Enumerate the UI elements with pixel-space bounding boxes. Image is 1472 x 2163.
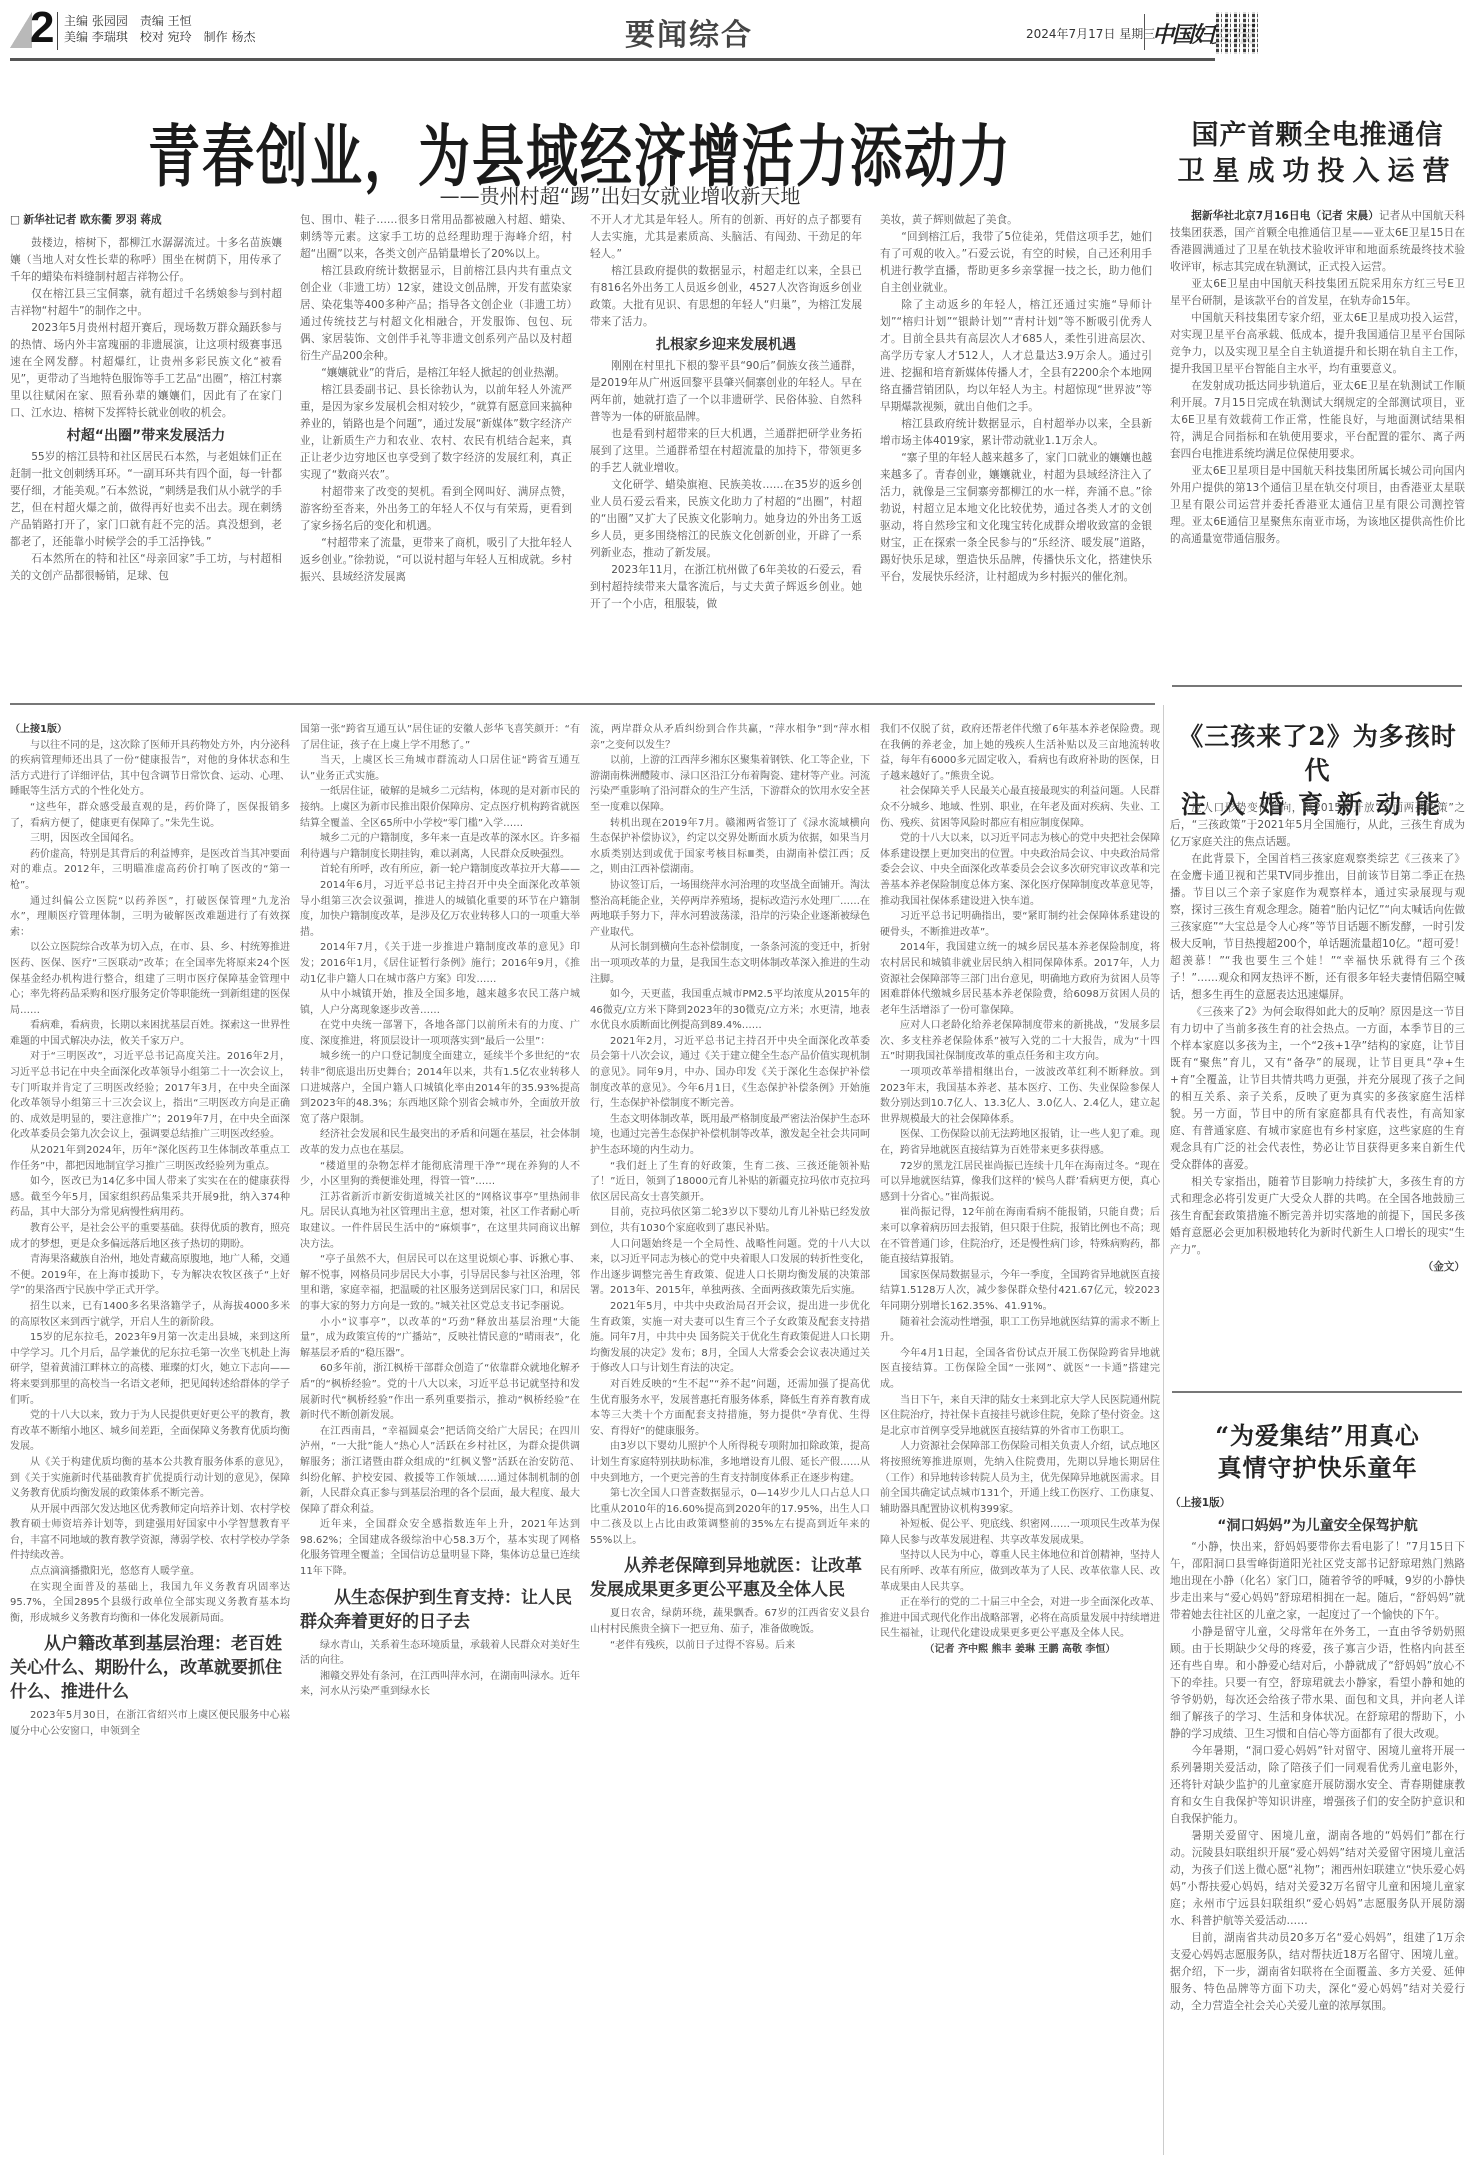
paragraph: 目前，克拉玛依区第二轮3岁以下婴幼儿育儿补贴已经发放到位，共有1030个家庭收到… (590, 1205, 870, 1236)
subheading: 扎根家乡迎来发展机遇 (590, 337, 862, 354)
paragraph: “孃孃就业”的背后，是榕江年轻人掀起的创业热潮。 (300, 365, 572, 382)
section-divider (1172, 1391, 1462, 1393)
paragraph: 今年4月1日起，全国各省份试点开展工伤保险跨省异地就医直接结算。工伤保险全国“一… (880, 1346, 1160, 1393)
paragraph: 暑期关爱留守、困境儿童，湖南各地的“妈妈们”都在行动。沅陵县妇联组织开展“爱心妈… (1170, 1828, 1465, 1930)
paragraph: 榕江县政府统计数据显示，目前榕江县内共有重点文创企业（非遗工坊）12家，建设文创… (300, 263, 572, 365)
reform-col-1: （上接1版） 与以往不同的是，这次除了医师开具药物处方外，内分泌科的疾病管理师还… (10, 722, 290, 2162)
credit: 制作 杨杰 (204, 30, 256, 44)
credit: 校对 宛玲 (140, 30, 192, 44)
section-divider (10, 703, 1155, 705)
paragraph: 对百姓反映的“生不起”“养不起”问题，还需加强了提高优生优育服务水平，发展普惠托… (590, 1377, 870, 1439)
paragraph: “楼道里的杂物怎样才能彻底清理干净”“现在养狗的人不少，小区里狗的粪便谁处理，得… (300, 1159, 580, 1190)
paragraph: 以公立医院综合改革为切入点，在市、县、乡、村统筹推进医药、医保、医疗“三医联动”… (10, 940, 290, 1018)
page-number: 2 (30, 6, 54, 50)
paragraph: 人力资源社会保障部工伤保险司相关负责人介绍，试点地区将按照统筹推进原则，先纳入住… (880, 1439, 1160, 1517)
paragraph: 国第一张“跨省互通互认”居住证的安徽人彭华飞喜笑颜开：“有了居住证，孩子在上虞上… (300, 722, 580, 753)
continued-label: （上接1版） (1170, 1495, 1465, 1512)
paragraph: 党的十八大以来，致力于为人民提供更好更公平的教育，教育改革不断缩小地区、城乡间差… (10, 1408, 290, 1455)
paragraph: 与以往不同的是，这次除了医师开具药物处方外，内分泌科的疾病管理师还出具了一份“健… (10, 738, 290, 800)
continued-label: （上接1版） (10, 722, 290, 738)
divider (1144, 14, 1145, 50)
paragraph: 2014年7月，《关于进一步推进户籍制度改革的意见》印发；2016年1月，《居住… (300, 940, 580, 987)
paragraph: “村超带来了流量，更带来了商机，吸引了大批年轻人返乡创业。”徐勃说，“可以说村超… (300, 535, 572, 586)
paragraph: 2023年11月，在浙江杭州做了6年美妆的石爱云，看到村超持续带来大量客流后，与… (590, 562, 862, 613)
paragraph: 教育公平，是社会公平的重要基础。获得优质的教育，照亮成才的梦想，更是众多偏远落后… (10, 1221, 290, 1252)
paragraph: 55岁的榕江县特和社区居民石本然，与老姐妹们正在赶制一批文创刺绣耳环。“一副耳环… (10, 449, 282, 551)
paragraph: 城乡统一的户口登记制度全面建立，延续半个多世纪的“农转非”彻底退出历史舞台；20… (300, 1049, 580, 1127)
subheading: 从户籍改革到基层治理：老百姓关心什么、期盼什么，改革就要抓住什么、推进什么 (10, 1632, 290, 1704)
paragraph: 相关专家指出，随着节目影响力持续扩大，多孩生育的方式和理念必将引发更广大受众人群… (1170, 1174, 1465, 1259)
paragraph: 人口问题始终是一个全局性、战略性问题。党的十八大以来，以习近平同志为核心的党中央… (590, 1237, 870, 1299)
paragraph: 在实现全面普及的基础上，我国九年义务教育巩固率达95.7%，全国2895个县级行… (10, 1580, 290, 1627)
subheading: 从生态保护到生育支持：让人民群众奔着更好的日子去 (300, 1586, 580, 1634)
subheading: 从养老保障到异地就医：让改革发展成果更多更公平惠及全体人民 (590, 1554, 870, 1602)
paragraph: 亚太6E卫星由中国航天科技集团五院采用东方红三号E卫星平台研制，是该款平台的首发… (1170, 276, 1465, 310)
paragraph: 从开展中西部欠发达地区优秀教师定向培养计划、农村学校教育硕士师资培养计划等，到建… (10, 1502, 290, 1564)
paragraph: 党的十八大以来，以习近平同志为核心的党中央把社会保障体系建设摆上更加突出的位置。… (880, 831, 1160, 909)
paragraph: 刚刚在村里扎下根的黎平县“90后”侗族女孩兰通群，是2019年从广州返回黎平县肇… (590, 358, 862, 426)
paragraph: 习近平总书记明确指出，要“紧盯制约社会保障体系建设的硬骨头，不断推进改革”。 (880, 909, 1160, 940)
paragraph: 也是看到村超带来的巨大机遇，兰通群把研学业务拓展到了这里。兰通群希望在村超流量的… (590, 426, 862, 477)
paragraph: 榕江县委副书记、县长徐勃认为，以前年轻人外流严重，是因为家乡发展机会相对较少，“… (300, 382, 572, 484)
paragraph: 石本然所在的特和社区“母亲回家”手工坊，与村超相关的文创产品都很畅销，足球、包 (10, 551, 282, 585)
paragraph: 近年来，全国群众安全感指数连年上升，2021年达到98.62%；全国建成各级综治… (300, 1517, 580, 1579)
credit: 主编 张园园 (64, 14, 128, 28)
paragraph: 一项项改革举措相继出台，一波波改革红利不断释放。到2023年末，我国基本养老、基… (880, 1065, 1160, 1127)
paragraph: 在此背景下，全国首档三孩家庭观察类综艺《三孩来了》在金鹰卡通卫视和芒果TV同步推… (1170, 851, 1465, 1004)
headline-line: 真情守护快乐童年 (1170, 1452, 1465, 1484)
paragraph: 湘赣交界处有条河，在江西叫萍水河，在湖南叫渌水。近年来，河水从污染严重到绿水长 (300, 1669, 580, 1700)
paragraph: 对于“三明医改”，习近平总书记高度关注。2016年2月，习近平总书记在中央全面深… (10, 1049, 290, 1143)
paragraph: 社会保障关乎人民最关心最直接最现实的利益问题。人民群众不分城乡、地域、性别、职业… (880, 784, 1160, 831)
headline-line: 《三孩来了2》为多孩时代 (1170, 720, 1465, 788)
editor-credits: 主编 张园园责编 王恒 美编 李瑞琪校对 宛玲制作 杨杰 (64, 13, 267, 45)
paragraph: 城乡二元的户籍制度，多年来一直是改革的深水区。许多福利待遇与户籍制度长期挂钩，难… (300, 831, 580, 862)
credit: 美编 李瑞琪 (64, 30, 128, 44)
subheading: 村超“出圈”带来发展活力 (10, 428, 282, 445)
paragraph: 由3岁以下婴幼儿照护个人所得税专项附加扣除政策，提高计划生育家庭特别扶助标准，多… (590, 1439, 870, 1486)
paragraph: 看病难，看病贵，长期以来困扰基层百姓。探索这一世界性难题的中国式解决办法，攸关千… (10, 1018, 290, 1049)
paragraph: 三明，因医改全国闻名。 (10, 831, 290, 847)
paragraph: 2014年，我国建立统一的城乡居民基本养老保险制度，将农村居民和城镇非就业居民纳… (880, 940, 1160, 1018)
reform-col-3: 流，两岸群众从矛盾纠纷到合作共赢，“萍水相争”到“萍水相亲”之变何以发生？ 以前… (590, 722, 870, 2162)
paragraph: 榕江县政府统计数据显示，自村超举办以来，全县新增市场主体4019家，累计带动就业… (880, 416, 1152, 450)
headline-line: 国产首颗全电推通信 (1170, 118, 1465, 154)
paragraph: 15岁的尼东拉毛，2023年9月第一次走出县城，来到这所中学学习。几个月后，品学… (10, 1330, 290, 1408)
paragraph: “回到榕江后，我带了5位徒弟，凭借这项手艺，她们有了可观的收入。”石爱云说，有空… (880, 229, 1152, 297)
reform-col-4: 我们不仅脱了贫，政府还帮老伴代缴了6年基本养老保险费。现在我俩的养老金，加上她的… (880, 722, 1160, 2162)
satellite-body: 据新华社北京7月16日电（记者 宋晨）记者从中国航天科技集团获悉，国产首颗全电推… (1170, 208, 1465, 548)
column-divider (1163, 705, 1164, 2155)
paragraph: 从2021年到2024年，历年“深化医药卫生体制改革重点工作任务”中，都把因地制… (10, 1143, 290, 1174)
paragraph: 在党中央统一部署下，各地各部门以前所未有的力度、广度、深度推进，将顶层设计一项项… (300, 1018, 580, 1049)
credit: 责编 王恒 (140, 14, 192, 28)
paragraph: 夏日农舍，绿荫环绕，蔬果飘香。67岁的江西省安义县台山村村民熊贵全摘下一把豆角、… (590, 1606, 870, 1637)
paragraph: 点点滴滴播撒阳光，悠悠育人暖学童。 (10, 1564, 290, 1580)
paragraph: 60多年前，浙江枫桥干部群众创造了“依靠群众就地化解矛盾”的“枫桥经验”。党的十… (300, 1361, 580, 1423)
subheading: “洞口妈妈”为儿童安全保驾护航 (1170, 1518, 1465, 1535)
issue-date: 2024年7月17日 星期三 (1026, 25, 1155, 42)
paragraph: 在发射成功抵达同步轨道后，亚太6E卫星在轨测试工作顺利开展。7月15日完成在轨测… (1170, 378, 1465, 463)
satellite-headline: 国产首颗全电推通信 卫星成功投入运营 (1170, 118, 1465, 190)
paragraph: 不开人才尤其是年轻人。所有的创新、再好的点子都要有人去实施，尤其是素质高、头脑活… (590, 212, 862, 263)
paragraph: 亚太6E卫星项目是中国航天科技集团所属长城公司向国内外用户提供的第13个通信卫星… (1170, 463, 1465, 548)
paragraph: “亭子虽然不大，但居民可以在这里说烦心事、诉揪心事、解不悦事，网格员同步居民大小… (300, 1252, 580, 1314)
paragraph: “寨子里的年轻人越来越多了，家门口就业的孃孃也越来越多了。青春创业，孃孃就业，村… (880, 450, 1152, 586)
byline: 新华社记者 欧东衢 罗羽 蒋成 (10, 212, 282, 229)
paragraph: 当日下午，来自天津的陆女士来到北京大学人民医院通州院区住院治疗，持社保卡直接挂号… (880, 1393, 1160, 1440)
paragraph: 小小“议事亭”，以改革的“巧劲”释放出基层治理“大能量”，成为政策宣传的“广播站… (300, 1315, 580, 1362)
paragraph: “我们赶上了生育的好政策，生育二孩、三孩还能领补贴了！”近日，领到了18000元… (590, 1159, 870, 1206)
paragraph: 流，两岸群众从矛盾纠纷到合作共赢，“萍水相争”到“萍水相亲”之变何以发生？ (590, 722, 870, 753)
masthead: 2 主编 张园园责编 王恒 美编 李瑞琪校对 宛玲制作 杨杰 要闻综合 2024… (0, 0, 1472, 58)
headline-line: “为爱集结”用真心 (1170, 1420, 1465, 1452)
care-headline: “为爱集结”用真心 真情守护快乐童年 (1170, 1420, 1465, 1484)
paragraph: 医保、工伤保险以前无法跨地区报销，让一些人犯了难。现在，跨省异地就医直接结算为百… (880, 1127, 1160, 1158)
lead-subheadline: ——贵州村超“踢”出妇女就业增收新天地 (170, 180, 1070, 209)
paragraph: 72岁的黑龙江居民崔尚振已连续十几年在海南过冬。“现在可以异地就医结算，像我们这… (880, 1159, 1160, 1206)
paragraph: 今年暑期，“洞口爱心妈妈”针对留守、困境儿童将开展一系列暑期关爱活动，除了陪孩子… (1170, 1743, 1465, 1828)
paragraph: 我们不仅脱了贫，政府还帮老伴代缴了6年基本养老保险费。现在我俩的养老金，加上她的… (880, 722, 1160, 784)
paragraph: 江苏省新沂市新安街道城关社区的“网格议事亭”里热闹非凡。居民认真地为社区管理出主… (300, 1190, 580, 1252)
paragraph: 从河长制到横向生态补偿制度，一条条河流的变迁中，折射出一项项改革的力量，是我国生… (590, 940, 870, 987)
paragraph: 目前，湖南省共动员20多万名“爱心妈妈”，组建了1万余支爱心妈妈志愿服务队，结对… (1170, 1930, 1465, 2015)
paragraph: 美妆，黄子辉则做起了美食。 (880, 212, 1152, 229)
divider (57, 12, 58, 50)
paragraph: 生态文明体制改革，既用最严格制度最严密法治保护生态环境，也通过完善生态保护补偿机… (590, 1112, 870, 1159)
signoff: （记者 齐中熙 熊丰 姜琳 王鹏 高敬 李恒） (880, 1642, 1160, 1658)
headline-line: 卫星成功投入运营 (1170, 154, 1465, 190)
paragraph: 如今，天更蓝，我国重点城市PM2.5平均浓度从2015年的46微克/立方米下降到… (590, 987, 870, 1034)
tv-show-body: 应人口形势变化趋向，继2015年开放“全面两孩政策”之后，“三孩政策”于2021… (1170, 800, 1465, 1276)
paragraph: 2021年2月，习近平总书记主持召开中央全面深化改革委员会第十八次会议，通过《关… (590, 1034, 870, 1112)
paragraph: 绿水青山，关系着生态环境质量，承载着人民群众对美好生活的向往。 (300, 1638, 580, 1669)
paragraph: 经济社会发展和民生最突出的矛盾和问题在基层，社会体制改革的发力点也在基层。 (300, 1127, 580, 1158)
paragraph: 国家医保局数据显示，今年一季度，全国跨省异地就医直接结算1.5128万人次，减少… (880, 1268, 1160, 1315)
page-corner-triangle (10, 12, 32, 48)
paragraph: 2021年5月，中共中央政治局召开会议，提出进一步优化生育政策，实施一对夫妻可以… (590, 1299, 870, 1377)
masthead-rule (10, 58, 1215, 61)
paragraph: 正在举行的党的二十届三中全会，对进一步全面深化改革、推进中国式现代化作出战略部署… (880, 1595, 1160, 1642)
reform-col-2: 国第一张“跨省互通互认”居住证的安徽人彭华飞喜笑颜开：“有了居住证，孩子在上虞上… (300, 722, 580, 2162)
paragraph: 仅在榕江县三宝侗寨，就有超过千名绣娘参与到村超吉祥物“村超牛”的制作之中。 (10, 286, 282, 320)
section-divider (1172, 685, 1462, 687)
paragraph: 通过纠偏公立医院“以药养医”，打破医保管理“九龙治水”，理顺医疗管理体制，三明为… (10, 894, 290, 941)
paragraph: 崔尚振记得，12年前在海南看病不能报销，只能自费；后来可以拿着病历回去报销，但只… (880, 1205, 1160, 1267)
paragraph: 鼓楼边，榕树下，都柳江水潺潺流过。十多名苗族孃孃（当地人对女性长辈的称呼）围坐在… (10, 235, 282, 286)
paragraph: 协议签订后，一场围绕萍水河治理的攻坚战全面铺开。淘汰整治高耗能企业，关停两岸养殖… (590, 878, 870, 940)
paragraph: 药价虚高，特别是其背后的利益博弈，是医改首当其冲要面对的难点。2012年，三明瞄… (10, 847, 290, 894)
paragraph: 在江西南昌，“幸福圆桌会”把话筒交给广大居民；在四川泸州，“一大批”能人“热心人… (300, 1424, 580, 1518)
paragraph: 如今，医改已为14亿多中国人带来了实实在在的健康获得感。截至今年5月，国家组织药… (10, 1174, 290, 1221)
qr-code-icon[interactable] (1216, 12, 1258, 54)
paragraph: 以前，上游的江西萍乡湘东区聚集着钢铁、化工等企业，下游湖南株洲醴陵市、渌口区沿江… (590, 753, 870, 815)
lead-col-3: 不开人才尤其是年轻人。所有的创新、再好的点子都要有人去实施，尤其是素质高、头脑活… (590, 212, 862, 613)
paragraph: “这些年，群众感受最直观的是，药价降了，医保报销多了，看病方便了，健康更有保障了… (10, 800, 290, 831)
paragraph: 随着社会流动性增强，职工工伤异地就医结算的需求不断上升。 (880, 1315, 1160, 1346)
lead-col-1: 新华社记者 欧东衢 罗羽 蒋成 鼓楼边，榕树下，都柳江水潺潺流过。十多名苗族孃孃… (10, 212, 282, 585)
paragraph: 村超带来了改变的契机。看到全网叫好、满屏点赞，游客纷至沓来，外出务工的年轻人不仅… (300, 484, 572, 535)
paragraph: 转机出现在2019年7月。赣湘两省签订了《渌水流域横向生态保护补偿协议》，约定以… (590, 816, 870, 878)
paragraph: 应人口形势变化趋向，继2015年开放“全面两孩政策”之后，“三孩政策”于2021… (1170, 800, 1465, 851)
paragraph: 文化研学、蜡染旗袍、民族美妆……在35岁的返乡创业人员石爱云看来，民族文化助力了… (590, 477, 862, 562)
paragraph: 一纸居住证，破解的是城乡二元结构，体现的是对新市民的接纳。上虞区为新市民推出限价… (300, 784, 580, 831)
paragraph: 当天，上虞区长三角城市群流动人口居住证“跨省互通互认”业务正式实施。 (300, 753, 580, 784)
section-title: 要闻综合 (625, 10, 753, 54)
paragraph: 首轮有所呼，改有所应，新一轮户籍制度改革拉开大幕—— (300, 862, 580, 878)
paragraph: 从中小城镇开始，推及全国多地，越来越多农民工落户城镇，人户分离现象逐步改善…… (300, 987, 580, 1018)
lead-col-4: 美妆，黄子辉则做起了美食。 “回到榕江后，我带了5位徒弟，凭借这项手艺，她们有了… (880, 212, 1152, 586)
paragraph: 榕江县政府提供的数据显示，村超走红以来，全县已有816名外出务工人员返乡创业，4… (590, 263, 862, 331)
paragraph: 2023年5月贵州村超开赛后，现场数万群众踊跃参与的热情、场内外丰富瑰丽的非遗展… (10, 320, 282, 422)
paragraph: 第七次全国人口普查数据显示，0—14岁少儿人口占总人口比重从2010年的16.6… (590, 1486, 870, 1548)
paragraph: 包、围巾、鞋子……很多日常用品都被融入村超、蜡染、刺绣等元素。这家手工坊的总经理… (300, 212, 572, 263)
paragraph: “老伴有残疾，以前日子过得不容易。后来 (590, 1638, 870, 1654)
paragraph: 从《关于构建优质均衡的基本公共教育服务体系的意见》，到《关于实施新时代基础教育扩… (10, 1455, 290, 1502)
paragraph: “小静，快出来，舒妈妈要带你去看电影了！”7月15日下午，邵阳洞口县雪峰街道阳光… (1170, 1539, 1465, 1624)
care-body: （上接1版） “洞口妈妈”为儿童安全保驾护航 “小静，快出来，舒妈妈要带你去看电… (1170, 1495, 1465, 2015)
paragraph: 补短板、促公平、兜底线、织密网……一项项民生改革为保障人民参与改革发展进程、共享… (880, 1517, 1160, 1548)
paragraph: 《三孩来了2》为何会取得如此大的反响？原因是这一节目有力切中了当前多孩生育的社会… (1170, 1004, 1465, 1174)
signoff: （金文） (1170, 1259, 1465, 1276)
paragraph: 2014年6月，习近平总书记主持召开中央全面深化改革领导小组第三次会议强调，推进… (300, 878, 580, 940)
lead-col-2: 包、围巾、鞋子……很多日常用品都被融入村超、蜡染、刺绣等元素。这家手工坊的总经理… (300, 212, 572, 586)
paragraph: 除了主动返乡的年轻人，榕江还通过实施“导师计划”“榕归计划”“银龄计划”“青村计… (880, 297, 1152, 416)
dateline: 据新华社北京7月16日电（记者 宋晨） (1191, 210, 1379, 222)
paragraph: 小静是留守儿童，父母常年在外务工，一直由爷爷奶奶照顾。由于长期缺少父母的疼爱，孩… (1170, 1624, 1465, 1743)
paragraph: 坚持以人民为中心，尊重人民主体地位和首创精神，坚持人民有所呼、改革有所应，做到改… (880, 1548, 1160, 1595)
paragraph: 青海果洛藏族自治州，地处青藏高原腹地，地广人稀，交通不便。2019年，在上海市援… (10, 1252, 290, 1299)
paragraph: 应对人口老龄化给养老保障制度带来的新挑战，“发展多层次、多支柱养老保险体系”被写… (880, 1018, 1160, 1065)
paragraph: 中国航天科技集团专家介绍，亚太6E卫星成功投入运营，对实现卫星平台高承载、低成本… (1170, 310, 1465, 378)
paragraph: 招生以来，已有1400多名果洛籍学子，从海拔4000多米的高原牧区来到西宁就学，… (10, 1299, 290, 1330)
paragraph: 2023年5月30日，在浙江省绍兴市上虞区便民服务中心崧厦分中心公安窗口，申领到… (10, 1708, 290, 1739)
